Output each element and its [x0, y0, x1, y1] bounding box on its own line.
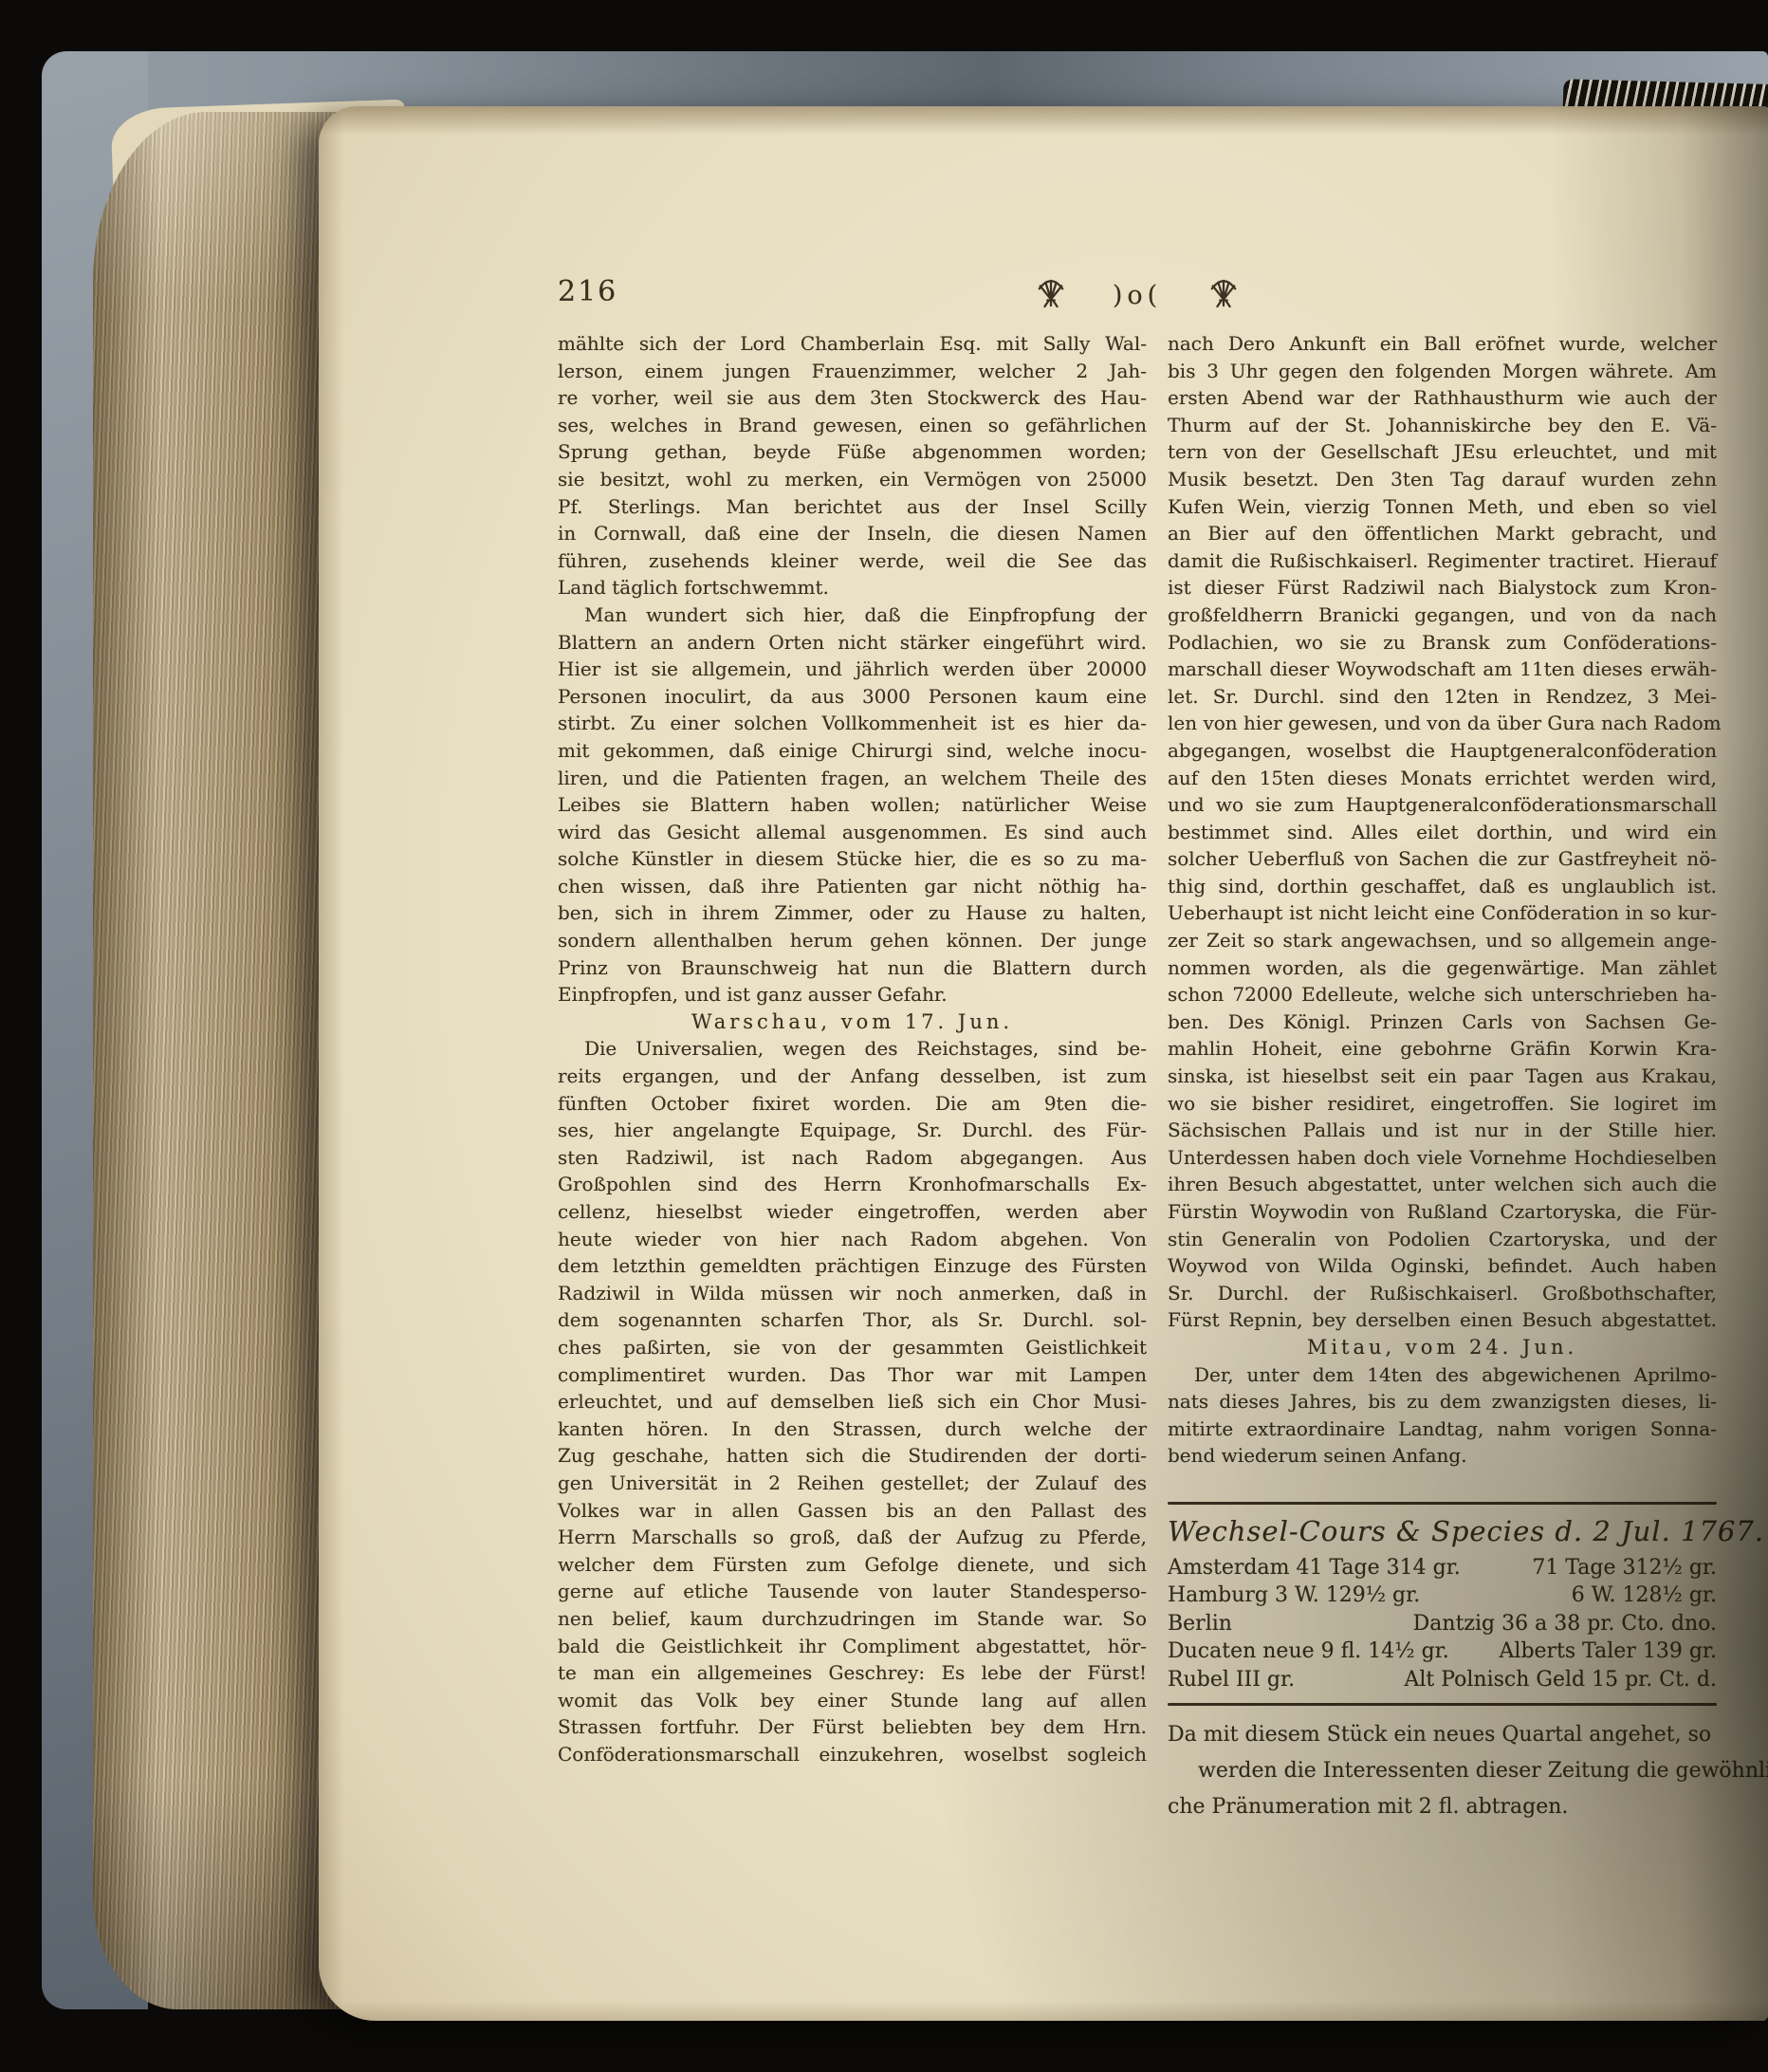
open-book-page: 216 )o( [319, 106, 1768, 2021]
text-line: ses, hier angelangte Equipage, Sr. Durch… [558, 1117, 1147, 1144]
text-line: solcher Ueberfluß von Sachen die zur Gas… [1168, 845, 1717, 873]
text-line: Einpfropfen, und ist ganz ausser Gefahr. [558, 981, 1147, 1008]
exchange-rate-right: 71 Tage 312½ gr. [1532, 1554, 1717, 1582]
text-line: lerson, einem jungen Frauenzimmer, welch… [558, 358, 1147, 385]
text-line: gerne auf etliche Tausende von lauter St… [558, 1578, 1147, 1605]
text-line: heute wieder von hier nach Radom abgehen… [558, 1226, 1147, 1253]
text-line: re vorher, weil sie aus dem 3ten Stockwe… [558, 384, 1147, 412]
text-line: complimentiret wurden. Das Thor war mit … [558, 1361, 1147, 1389]
text-line: Woywod von Wilda Oginski, befindet. Auch… [1168, 1252, 1717, 1280]
exchange-rate-row: BerlinDantzig 36 a 38 pr. Cto. dno. [1168, 1610, 1717, 1638]
text-line: sie besitzt, wohl zu merken, ein Vermöge… [558, 466, 1147, 493]
exchange-rate-left: Ducaten neue 9 fl. 14½ gr. [1168, 1637, 1449, 1666]
right-column-text: nach Dero Ankunft ein Ball eröfnet wurde… [1168, 330, 1717, 1470]
text-line: Man wundert sich hier, daß die Einpfropf… [558, 601, 1147, 629]
text-line: fünften October fixiret worden. Die am 9… [558, 1090, 1147, 1118]
text-line: let. Sr. Durchl. sind den 12ten in Rendz… [1168, 683, 1717, 711]
text-line: Herrn Marschalls so groß, daß der Aufzug… [558, 1524, 1147, 1551]
text-line: bestimmet sind. Alles eilet dorthin, und… [1168, 819, 1717, 846]
text-line: Ueberhaupt ist nicht leicht eine Conföde… [1168, 899, 1717, 927]
text-line: bald die Geistlichkeit ihr Compliment ab… [558, 1633, 1147, 1660]
exchange-rate-right: Alberts Taler 139 gr. [1500, 1637, 1717, 1666]
text-line: in Cornwall, daß eine der Inseln, die di… [558, 520, 1147, 547]
horizontal-rule [1168, 1703, 1717, 1706]
text-line: marschall dieser Woywodschaft am 11ten d… [1168, 656, 1717, 683]
text-line: stirbt. Zu einer solchen Vollkommenheit … [558, 710, 1147, 737]
book-scan: { "colors":{"paper":"#e9e0c4","ink":"#38… [0, 0, 1768, 2072]
text-line: Unterdessen haben doch viele Vornehme Ho… [1168, 1144, 1717, 1172]
text-line: sondern allenthalben herum gehen können.… [558, 927, 1147, 954]
text-line: gen Universität in 2 Reihen gestellet; d… [558, 1470, 1147, 1497]
notice-line: werden die Interessenten dieser Zeitung … [1168, 1753, 1717, 1789]
text-line: solche Künstler in diesem Stücke hier, d… [558, 845, 1147, 873]
text-line: Kufen Wein, vierzig Tonnen Meth, und ebe… [1168, 493, 1717, 521]
header-ornaments: )o( [558, 273, 1717, 317]
exchange-rates-table: Amsterdam 41 Tage 314 gr.71 Tage 312½ gr… [1168, 1554, 1717, 1694]
text-line: bend wiederum seinen Anfang. [1168, 1442, 1717, 1470]
text-line: Pf. Sterlings. Man berichtet aus der Ins… [558, 493, 1147, 521]
text-line: mitirte extraordinaire Landtag, nahm vor… [1168, 1415, 1717, 1443]
text-line: nats dieses Jahres, bis zu dem zwanzigst… [1168, 1388, 1717, 1415]
text-line: mahlin Hoheit, eine gebohrne Gräfin Korw… [1168, 1035, 1717, 1063]
shell-ornament-icon [1035, 278, 1067, 312]
text-line: stin Generalin von Podolien Czartoryska,… [1168, 1226, 1717, 1253]
text-line: Prinz von Braunschweig hat nun die Blatt… [558, 954, 1147, 982]
text-line: wird das Gesicht allemal ausgenommen. Es… [558, 819, 1147, 846]
text-line: cellenz, hieselbst wieder eingetroffen, … [558, 1198, 1147, 1226]
text-line: Volkes war in allen Gassen bis an den Pa… [558, 1497, 1147, 1525]
column-separator: )o( [1113, 281, 1162, 310]
text-line: an Bier auf den öffentlichen Markt gebra… [1168, 520, 1717, 547]
exchange-rate-row: Ducaten neue 9 fl. 14½ gr.Alberts Taler … [1168, 1637, 1717, 1666]
horizontal-rule [1168, 1502, 1717, 1505]
text-line: Podlachien, wo sie zu Bransk zum Conföde… [1168, 629, 1717, 657]
text-line: schon 72000 Edelleute, welche sich unter… [1168, 981, 1717, 1008]
text-line: Thurm auf der St. Johanniskirche bey den… [1168, 412, 1717, 439]
text-line: abgegangen, woselbst die Hauptgeneralcon… [1168, 737, 1717, 765]
text-line: Sächsischen Pallais und ist nur in der S… [1168, 1117, 1717, 1144]
exchange-rate-left: Berlin [1168, 1610, 1232, 1638]
text-line: Die Universalien, wegen des Reichstages,… [558, 1035, 1147, 1063]
section-heading: Mitau, vom 24. Jun. [1168, 1334, 1717, 1361]
exchange-rate-right: 6 W. 128½ gr. [1572, 1582, 1717, 1610]
text-line: auf den 15ten dieses Monats errichtet we… [1168, 765, 1717, 792]
two-column-text: mählte sich der Lord Chamberlain Esq. mi… [558, 330, 1717, 1825]
exchange-rate-row: Hamburg 3 W. 129½ gr.6 W. 128½ gr. [1168, 1582, 1717, 1610]
text-line: Land täglich fortschwemmt. [558, 574, 1147, 601]
notice-line: che Pränumeration mit 2 fl. abtragen. [1168, 1789, 1717, 1825]
printed-text-block: 216 )o( [558, 273, 1717, 1825]
text-line: Strassen fortfuhr. Der Fürst beliebten b… [558, 1713, 1147, 1741]
exchange-rate-row: Amsterdam 41 Tage 314 gr.71 Tage 312½ gr… [1168, 1554, 1717, 1582]
text-line: reits ergangen, und der Anfang desselben… [558, 1063, 1147, 1090]
text-line: Der, unter dem 14ten des abgewichenen Ap… [1168, 1361, 1717, 1389]
text-line: erleuchtet, und auf demselben ließ sich … [558, 1388, 1147, 1415]
text-line: ben, sich in ihrem Zimmer, oder zu Hause… [558, 899, 1147, 927]
text-line: Sprung gethan, beyde Füße abgenommen wor… [558, 438, 1147, 466]
text-line: Großpohlen sind des Herrn Kronhofmarscha… [558, 1171, 1147, 1198]
text-line: zer Zeit so stark angewachsen, und so al… [1168, 927, 1717, 954]
text-line: tern von der Gesellschaft JEsu erleuchte… [1168, 438, 1717, 466]
text-line: Musik besetzt. Den 3ten Tag darauf wurde… [1168, 466, 1717, 493]
text-line: ist dieser Fürst Radziwil nach Bialystoc… [1168, 574, 1717, 601]
text-line: Blattern an andern Orten nicht stärker e… [558, 629, 1147, 657]
text-line: Personen inoculirt, da aus 3000 Personen… [558, 683, 1147, 711]
text-line: nach Dero Ankunft ein Ball eröfnet wurde… [1168, 330, 1717, 358]
exchange-rate-left: Rubel III gr. [1168, 1666, 1295, 1694]
exchange-rate-right: Alt Polnisch Geld 15 pr. Ct. d. [1404, 1666, 1717, 1694]
exchange-rate-right: Dantzig 36 a 38 pr. Cto. dno. [1413, 1610, 1717, 1638]
left-column: mählte sich der Lord Chamberlain Esq. mi… [558, 330, 1147, 1767]
exchange-rates-title: Wechsel-Cours & Species d. 2 Jul. 1767. [1168, 1510, 1717, 1552]
text-line: und wo sie zum Hauptgeneralconföderation… [1168, 791, 1717, 819]
text-line: womit das Volk bey einer Stunde lang auf… [558, 1687, 1147, 1714]
text-line: damit die Rußischkaiserl. Regimenter tra… [1168, 547, 1717, 575]
text-line: Leibes sie Blattern haben wollen; natürl… [558, 791, 1147, 819]
text-line: Sr. Durchl. der Rußischkaiserl. Großboth… [1168, 1280, 1717, 1307]
text-line: Conföderationsmarschall einzukehren, wos… [558, 1741, 1147, 1768]
text-line: len von hier gewesen, und von da über Gu… [1168, 710, 1717, 737]
text-line: ben. Des Königl. Prinzen Carls von Sachs… [1168, 1008, 1717, 1036]
text-line: dem sogenannten scharfen Thor, als Sr. D… [558, 1306, 1147, 1334]
text-line: kanten hören. In den Strassen, durch wel… [558, 1415, 1147, 1443]
text-line: bis 3 Uhr gegen den folgenden Morgen wäh… [1168, 358, 1717, 385]
text-line: Radziwil in Wilda müssen wir noch anmerk… [558, 1280, 1147, 1307]
right-column: nach Dero Ankunft ein Ball eröfnet wurde… [1168, 330, 1717, 1825]
section-heading: Warschau, vom 17. Jun. [558, 1008, 1147, 1036]
text-line: Fürst Repnin, bey derselben einen Besuch… [1168, 1306, 1717, 1334]
shell-ornament-icon [1207, 278, 1240, 312]
text-line: thig sind, dorthin geschaffet, daß es un… [1168, 873, 1717, 900]
text-line: liren, und die Patienten fragen, an welc… [558, 765, 1147, 792]
text-line: ches paßirten, sie von der gesammten Gei… [558, 1334, 1147, 1361]
subscription-notice: Da mit diesem Stück ein neues Quartal an… [1168, 1717, 1717, 1825]
notice-line: Da mit diesem Stück ein neues Quartal an… [1168, 1717, 1717, 1753]
text-line: welcher dem Fürsten zum Gefolge dienete,… [558, 1551, 1147, 1579]
text-line: chen wissen, daß ihre Patienten gar nich… [558, 873, 1147, 900]
text-line: dem letzthin gemeldten prächtigen Einzug… [558, 1252, 1147, 1280]
text-line: ersten Abend war der Rathhausthurm wie a… [1168, 384, 1717, 412]
text-line: wo sie bisher residiret, eingetroffen. S… [1168, 1090, 1717, 1118]
text-line: mählte sich der Lord Chamberlain Esq. mi… [558, 330, 1147, 358]
exchange-rate-left: Hamburg 3 W. 129½ gr. [1168, 1582, 1420, 1610]
text-line: sten Radziwil, ist nach Radom abgegangen… [558, 1144, 1147, 1172]
exchange-rate-left: Amsterdam 41 Tage 314 gr. [1168, 1554, 1461, 1582]
text-line: ses, welches in Brand gewesen, einen so … [558, 412, 1147, 439]
text-line: ihren Besuch abgestattet, unter welchen … [1168, 1171, 1717, 1198]
text-line: nen belief, kaum durchzudringen im Stand… [558, 1605, 1147, 1633]
text-line: führen, zusehends kleiner werde, weil di… [558, 547, 1147, 575]
text-line: nommen worden, als die gegenwärtige. Man… [1168, 954, 1717, 982]
text-line: Hier ist sie allgemein, und jährlich wer… [558, 656, 1147, 683]
text-line: te man ein allgemeines Geschrey: Es lebe… [558, 1659, 1147, 1687]
exchange-rate-row: Rubel III gr.Alt Polnisch Geld 15 pr. Ct… [1168, 1666, 1717, 1694]
text-line: sinska, ist hieselbst seit ein paar Tage… [1168, 1063, 1717, 1090]
text-line: Fürstin Woywodin von Rußland Czartoryska… [1168, 1198, 1717, 1226]
text-line: mit gekommen, daß einige Chirurgi sind, … [558, 737, 1147, 765]
text-line: Zug geschahe, hatten sich die Studirende… [558, 1442, 1147, 1470]
page-header: 216 )o( [558, 273, 1717, 317]
text-line: großfeldherrn Branicki gegangen, und von… [1168, 601, 1717, 629]
